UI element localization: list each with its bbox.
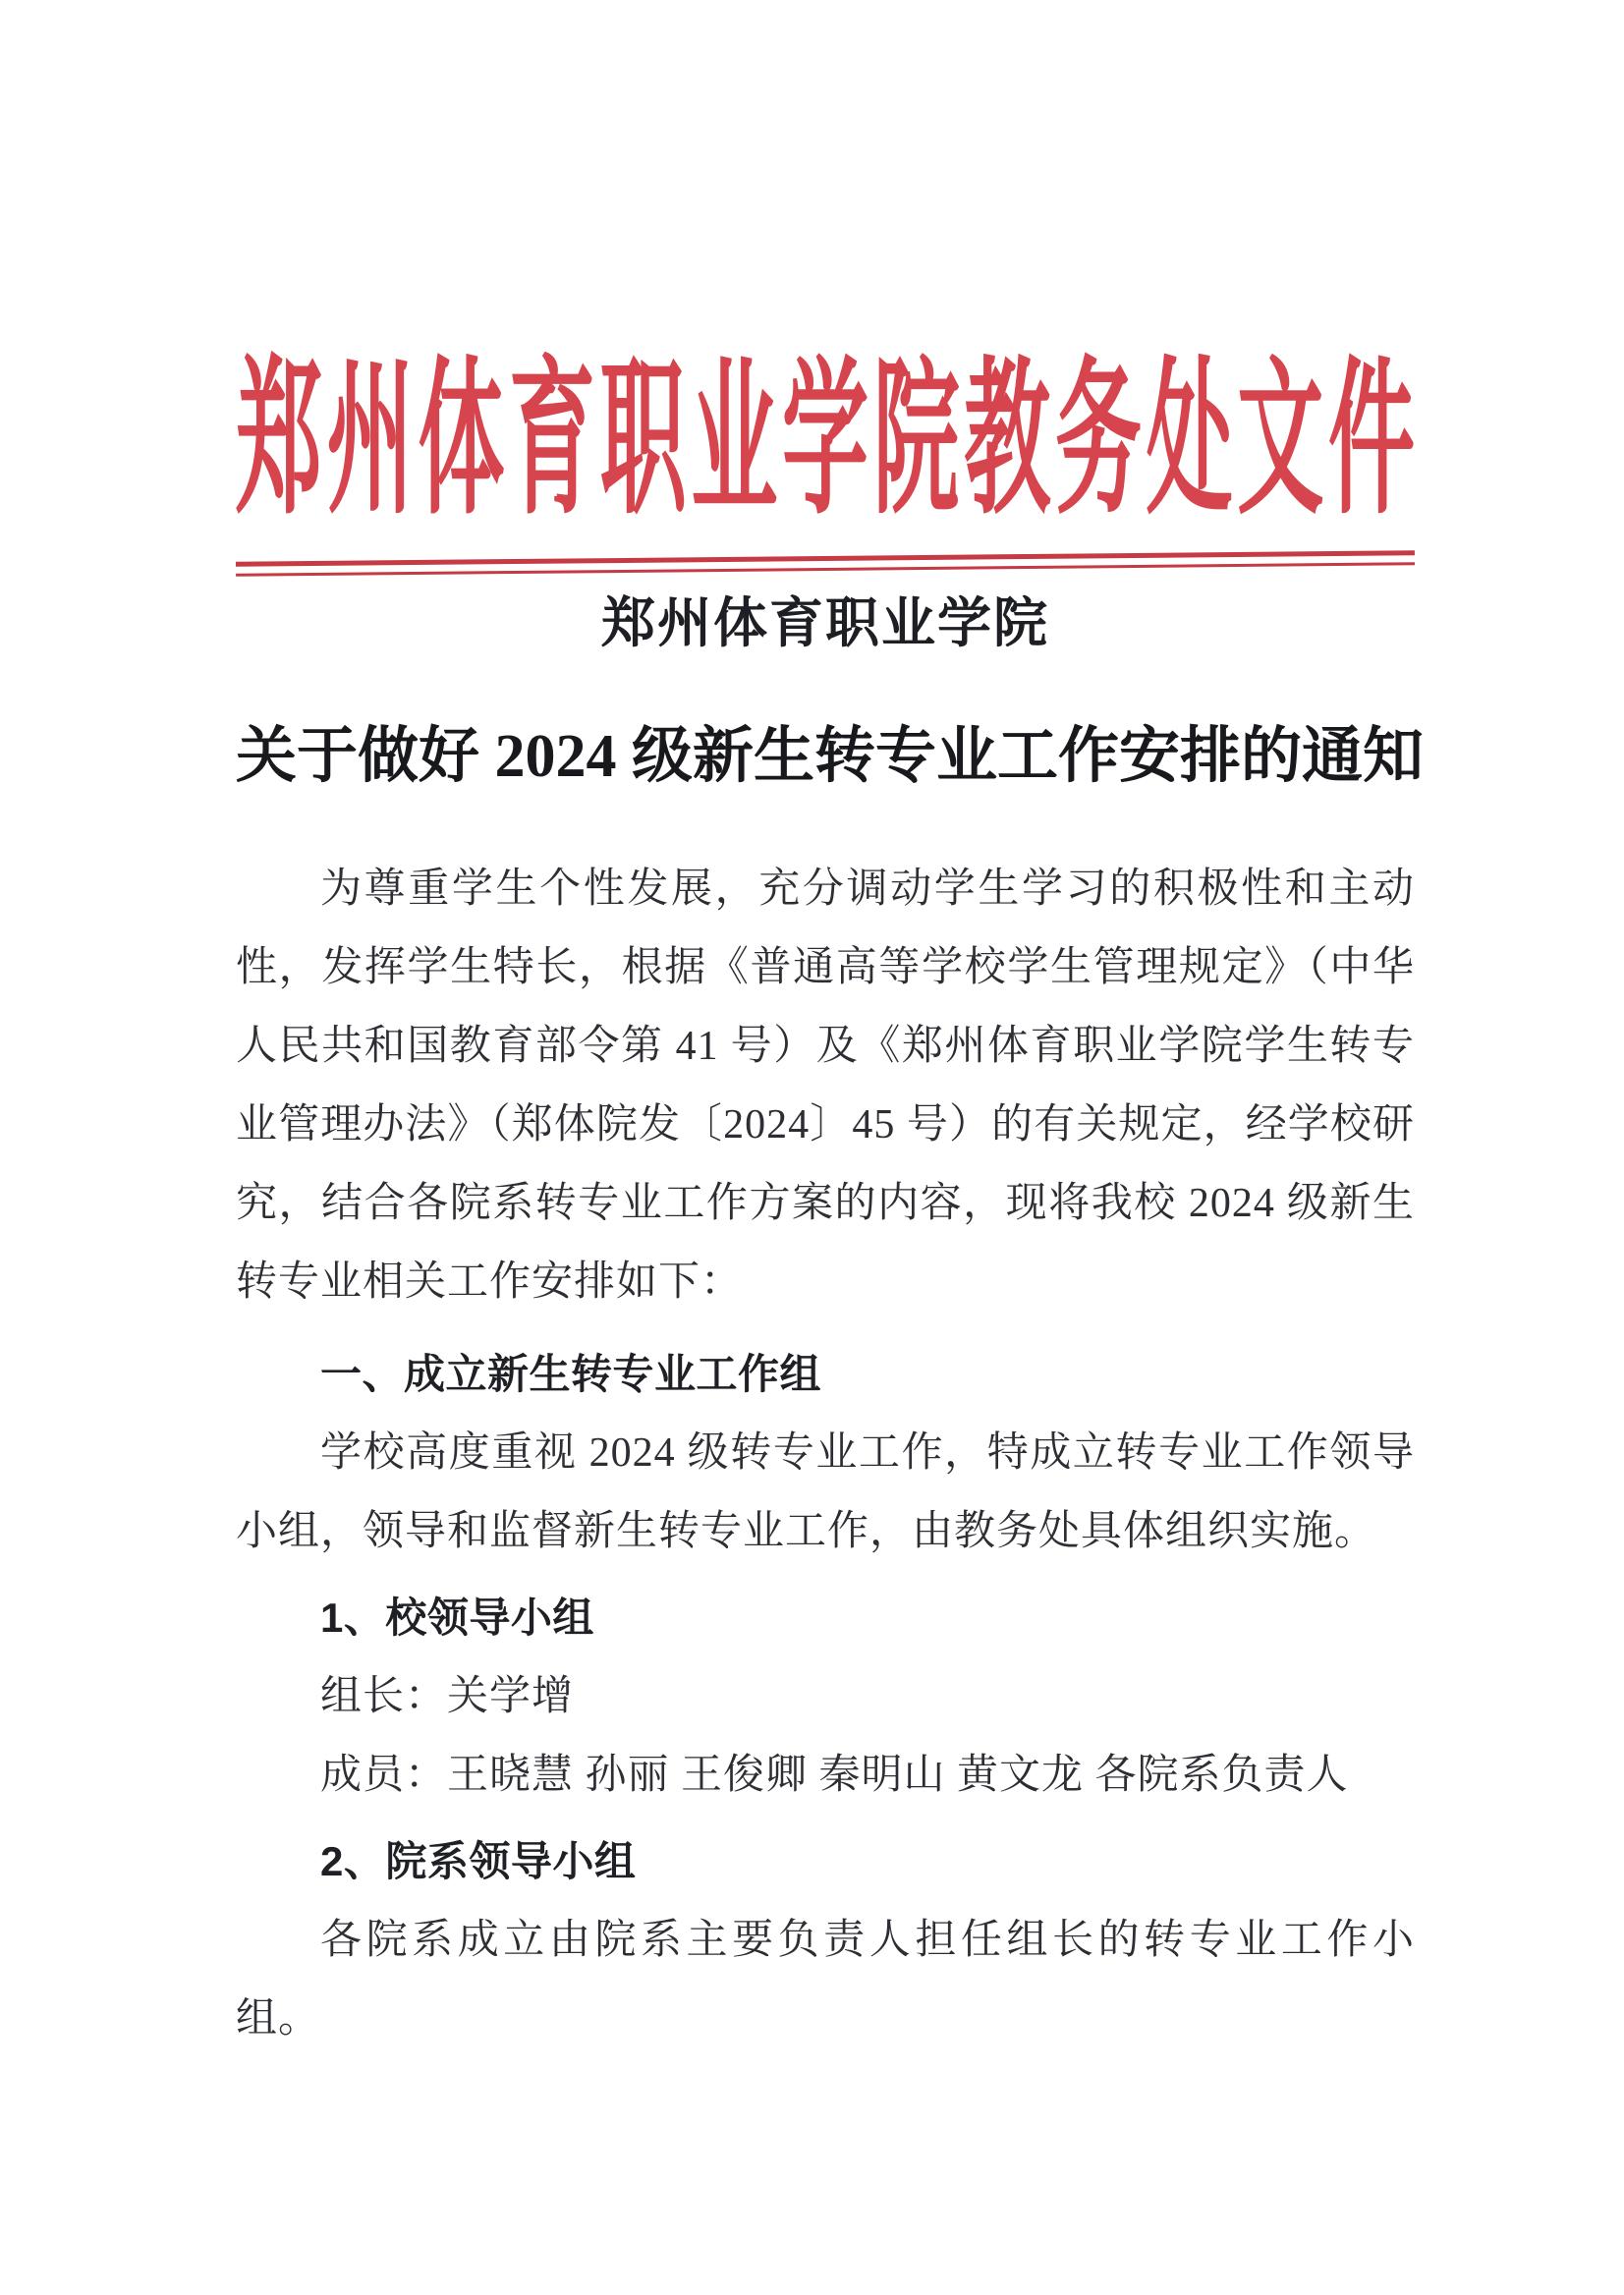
issuing-org-name: 郑州体育职业学院 [236,592,1415,655]
subsection-heading-school-group: 1、校领导小组 [236,1579,1415,1657]
letterhead-divider [236,550,1415,577]
paragraph-dept-group: 各院系成立由院系主要负责人担任组长的转专业工作小组。 [236,1901,1415,2058]
letterhead: 郑州体育职业学院教务处文件 [236,356,1415,532]
subsection-heading-dept-group: 2、院系领导小组 [236,1822,1415,1901]
paragraph-workgroup: 学校高度重视 2024 级转专业工作，特成立转专业工作领导小组，领导和监督新生转… [236,1414,1415,1571]
letterhead-title: 郑州体育职业学院教务处文件 [236,356,1415,532]
paragraph-intro: 为尊重学生个性发展，充分调动学生学习的积极性和主动性，发挥学生特长，根据《普通高… [236,850,1415,1321]
line-group-members: 成员：王晓慧 孙丽 王俊卿 秦明山 黄文龙 各院系负责人 [236,1736,1415,1815]
document-content: 郑州体育职业学院教务处文件 郑州体育职业学院 关于做好 2024 级新生转专业工… [236,0,1415,2058]
document-title: 关于做好 2024 级新生转专业工作安排的通知 [236,720,1415,793]
document-body: 为尊重学生个性发展，充分调动学生学习的积极性和主动性，发挥学生特长，根据《普通高… [236,850,1415,2058]
line-group-leader: 组长：关学增 [236,1657,1415,1736]
scanned-document-page: 郑州体育职业学院教务处文件 郑州体育职业学院 关于做好 2024 级新生转专业工… [0,0,1624,2295]
section-heading-workgroup: 一、成立新生转专业工作组 [236,1335,1415,1414]
